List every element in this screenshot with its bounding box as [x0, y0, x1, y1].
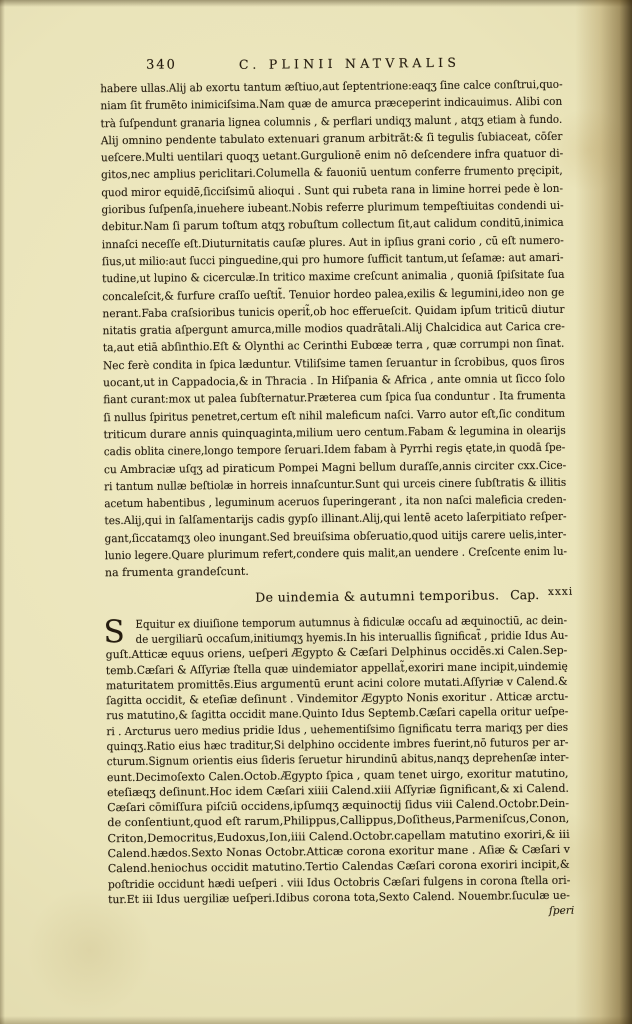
chapter-heading: De uindemia & autumni temporibus. Cap. x…	[105, 584, 567, 608]
catchword-row: ſperi	[108, 903, 570, 925]
paragraph-vintage-autumn: S Equitur ex diuiſione temporum autumnus…	[105, 612, 570, 907]
chapter-cap-label: Cap.	[510, 587, 539, 602]
running-title: C. PLINII NATVRALIS	[239, 55, 460, 72]
chapter-number: xxxi	[548, 585, 573, 597]
paragraph-grain-storage: habere ullas.Alij ab exortu tantum æſtiu…	[100, 76, 567, 582]
book-page-scan: 340 C. PLINII NATVRALIS habere ullas.Ali…	[0, 0, 632, 1024]
running-header: 340 C. PLINII NATVRALIS	[100, 54, 562, 75]
page-number: 340	[146, 57, 177, 72]
text-block: 340 C. PLINII NATVRALIS habere ullas.Ali…	[100, 54, 570, 926]
drop-cap-initial: S	[103, 618, 125, 647]
text-line: na frumenta grandeſcunt.	[105, 563, 249, 582]
text-line: lunio legere.Quare plurimum refert,conde…	[105, 543, 567, 565]
catchword: ſperi	[549, 905, 574, 917]
chapter-title: De uindemia & autumni temporibus.	[255, 587, 499, 604]
